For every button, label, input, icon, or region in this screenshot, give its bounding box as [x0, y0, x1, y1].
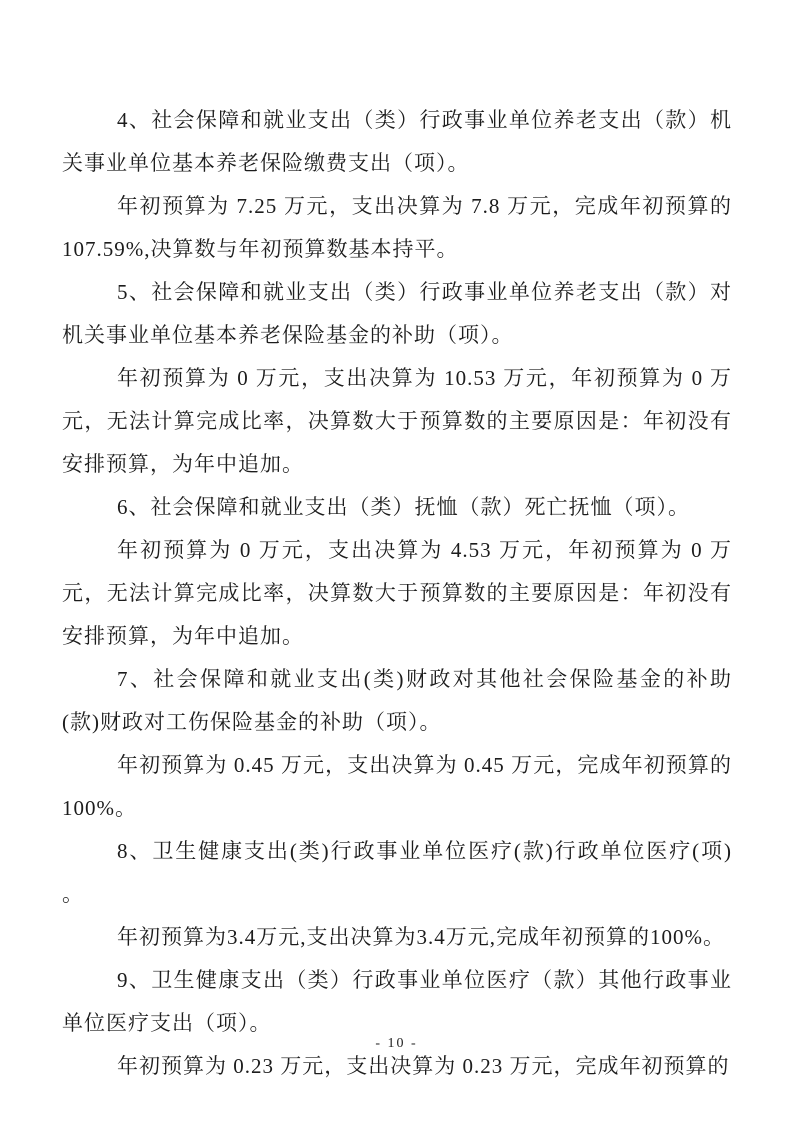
document-page: 4、社会保障和就业支出（类）行政事业单位养老支出（款）机关事业单位基本养老保险缴…: [0, 0, 793, 1122]
item-4-heading: 4、社会保障和就业支出（类）行政事业单位养老支出（款）机关事业单位基本养老保险缴…: [62, 99, 732, 185]
item-8-heading: 8、卫生健康支出(类)行政事业单位医疗(款)行政单位医疗(项) 。: [62, 830, 732, 916]
item-4-detail: 年初预算为 7.25 万元，支出决算为 7.8 万元，完成年初预算的 107.5…: [62, 185, 732, 271]
item-9-heading: 9、卫生健康支出（类）行政事业单位医疗（款）其他行政事业单位医疗支出（项）。: [62, 959, 732, 1045]
item-7-detail: 年初预算为 0.45 万元，支出决算为 0.45 万元，完成年初预算的 100%…: [62, 744, 732, 830]
document-body: 4、社会保障和就业支出（类）行政事业单位养老支出（款）机关事业单位基本养老保险缴…: [62, 99, 732, 1088]
item-5-detail: 年初预算为 0 万元，支出决算为 10.53 万元，年初预算为 0 万元，无法计…: [62, 357, 732, 486]
page-number: - 10 -: [0, 1036, 793, 1052]
item-8-detail: 年初预算为3.4万元,支出决算为3.4万元,完成年初预算的100%。: [62, 916, 732, 959]
item-7-heading: 7、社会保障和就业支出(类)财政对其他社会保险基金的补助(款)财政对工伤保险基金…: [62, 658, 732, 744]
item-5-heading: 5、社会保障和就业支出（类）行政事业单位养老支出（款）对机关事业单位基本养老保险…: [62, 271, 732, 357]
item-6-heading: 6、社会保障和就业支出（类）抚恤（款）死亡抚恤（项）。: [62, 486, 732, 529]
item-6-detail: 年初预算为 0 万元，支出决算为 4.53 万元，年初预算为 0 万元，无法计算…: [62, 529, 732, 658]
